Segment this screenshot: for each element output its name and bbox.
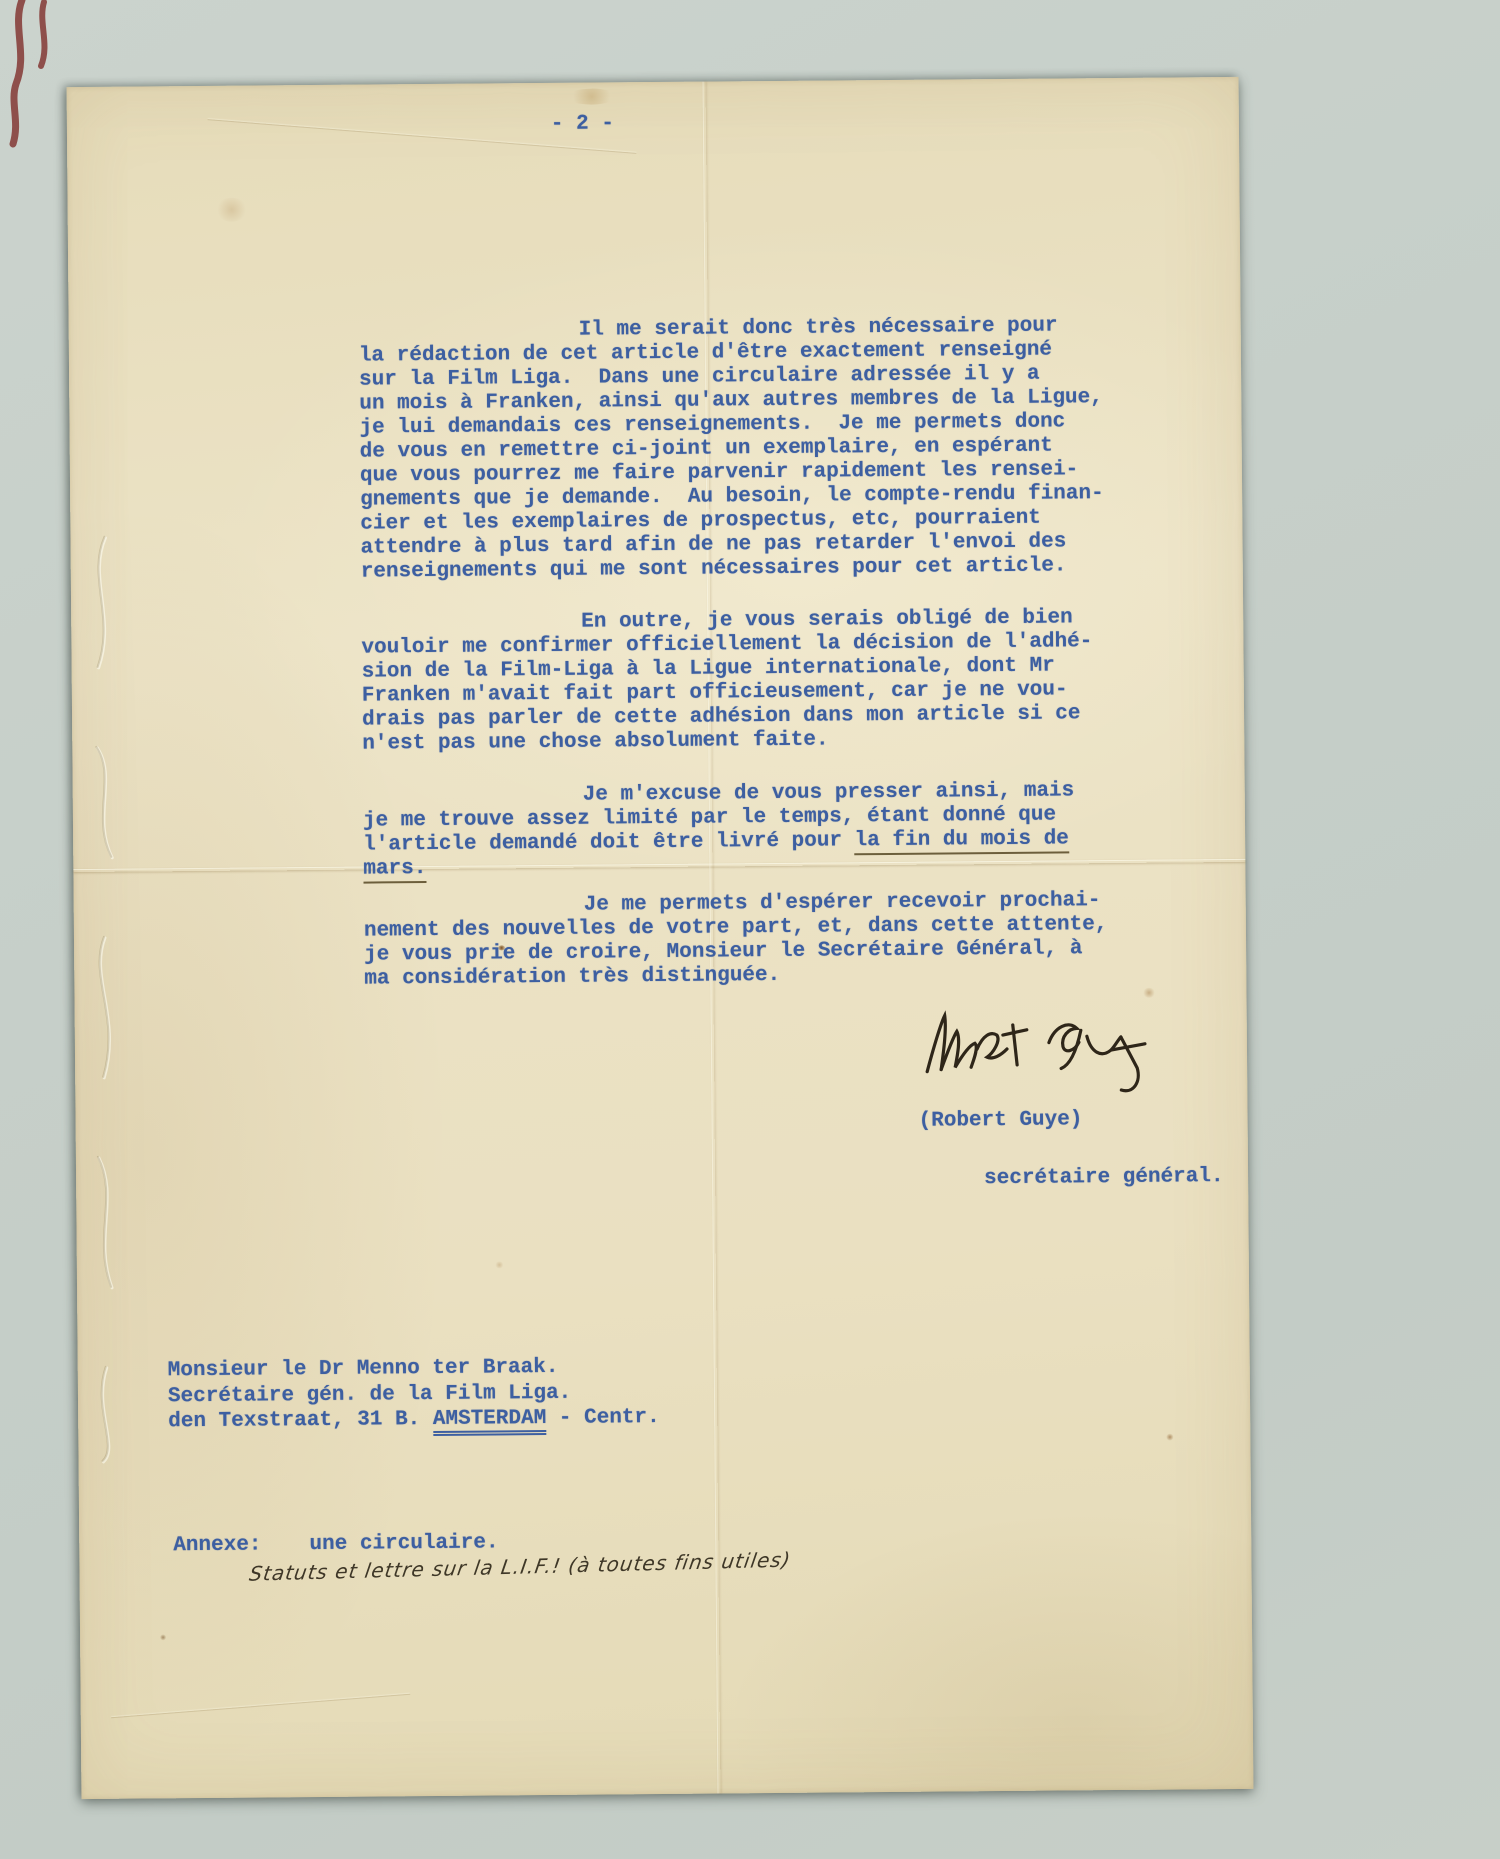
annexe-row: Annexe: une circulaire. — [173, 1531, 498, 1558]
foxing-spot — [495, 1261, 504, 1268]
city-underlined: AMSTERDAM — [433, 1408, 547, 1436]
foxing-spot — [1166, 1434, 1173, 1441]
annexe-value: une circulaire. — [309, 1531, 498, 1557]
typed-signature-title: secrétaire général. — [984, 1165, 1224, 1191]
typed-signature-name: (Robert Guye) — [919, 1108, 1083, 1133]
paragraph-3: Je m'excuse de vous presser ainsi, mais … — [363, 779, 1174, 882]
foxing-spot — [160, 1634, 166, 1640]
page-number: - 2 - — [551, 112, 614, 137]
recipient-address: Monsieur le Dr Menno ter Braak. Secrétai… — [168, 1354, 660, 1438]
foxing-spot — [567, 88, 617, 104]
letter-page: - 2 - Il me serait donc très nécessaire … — [67, 77, 1254, 1799]
red-ink-edge-marks — [0, 0, 70, 170]
body-line-text: l'article demandé doit être livré pour — [363, 829, 855, 856]
paragraph-2: En outre, je vous serais obligé de bien … — [361, 606, 1172, 757]
paragraph-1: Il me serait donc très nécessaire pour l… — [359, 314, 1171, 585]
address-line-text: - Centr. — [546, 1406, 660, 1430]
pen-underlined-text: mars. — [363, 857, 426, 884]
embossed-edge-marks — [74, 516, 152, 1477]
pen-underlined-text: la fin du mois de — [855, 827, 1069, 855]
paragraph-4: Je me permets d'espérer recevoir prochai… — [364, 889, 1175, 992]
scanner-background: { "page": { "page_number": "- 2 -", "par… — [0, 0, 1500, 1859]
handwritten-signature — [915, 1005, 1186, 1107]
address-line: den Texstraat, 31 B. AMSTERDAM - Centr. — [168, 1405, 660, 1438]
annexe-label: Annexe: — [173, 1534, 261, 1559]
foxing-spot — [1142, 988, 1155, 998]
letter-body: Il me serait donc très nécessaire pour l… — [359, 314, 1175, 992]
diagonal-wrinkle — [111, 1694, 410, 1719]
foxing-spot — [216, 198, 248, 222]
address-line-text: den Texstraat, 31 B. — [168, 1408, 433, 1433]
